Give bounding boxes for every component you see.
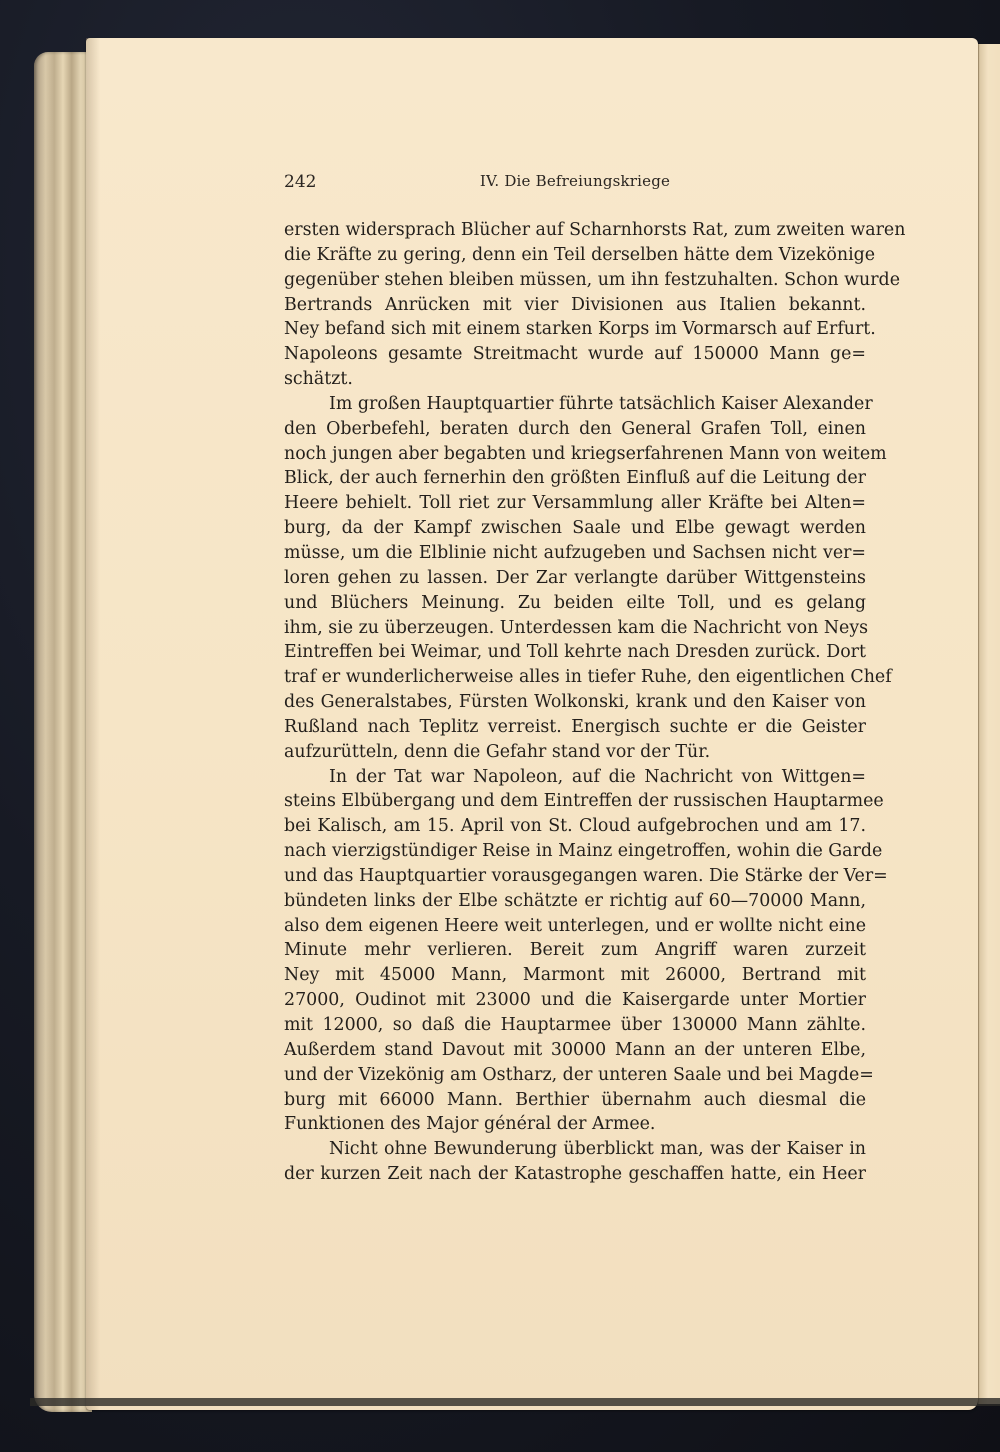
text-line: Rußland nach Teplitz verreist. Energisch… xyxy=(284,715,866,740)
text-line: nach vierzigstündiger Reise in Mainz ein… xyxy=(284,839,866,864)
text-line: Im großen Hauptquartier führte tatsächli… xyxy=(284,392,866,417)
paragraph: ersten widersprach Blücher auf Scharnhor… xyxy=(284,218,866,392)
text-line: mit 12000, so daß die Hauptarmee über 13… xyxy=(284,1013,866,1038)
paragraph: Nicht ohne Bewunderung überblickt man, w… xyxy=(284,1137,866,1187)
text-line: bündeten links der Elbe schätzte er rich… xyxy=(284,889,866,914)
facing-page-edge xyxy=(978,44,1000,1404)
text-line: burg mit 66000 Mann. Berthier übernahm a… xyxy=(284,1088,866,1113)
page-edges-stack xyxy=(34,52,92,1412)
text-line: Nicht ohne Bewunderung überblickt man, w… xyxy=(284,1137,866,1162)
text-line: und Blüchers Meinung. Zu beiden eilte To… xyxy=(284,591,866,616)
text-line: Blick, der auch fernerhin den größten Ei… xyxy=(284,466,866,491)
page-header: 242 IV. Die Befreiungskriege xyxy=(284,170,866,200)
text-line: 27000, Oudinot mit 23000 und die Kaiserg… xyxy=(284,988,866,1013)
text-line: ersten widersprach Blücher auf Scharnhor… xyxy=(284,218,866,243)
text-line: aufzurütteln, denn die Gefahr stand vor … xyxy=(284,740,866,765)
paragraph: Im großen Hauptquartier führte tatsächli… xyxy=(284,392,866,765)
text-line: noch jungen aber begabten und kriegserfa… xyxy=(284,442,866,467)
text-line: also dem eigenen Heere weit unterlegen, … xyxy=(284,914,866,939)
text-line: burg, da der Kampf zwischen Saale und El… xyxy=(284,516,866,541)
text-line: Ney mit 45000 Mann, Marmont mit 26000, B… xyxy=(284,963,866,988)
text-line: schätzt. xyxy=(284,367,866,392)
running-head: IV. Die Befreiungskriege xyxy=(284,172,866,190)
binding-shadow xyxy=(30,1398,1000,1406)
text-line: traf er wunderlicherweise alles in tiefe… xyxy=(284,665,866,690)
text-line: und das Hauptquartier vorausgegangen war… xyxy=(284,864,866,889)
text-line: Eintreffen bei Weimar, und Toll kehrte n… xyxy=(284,640,866,665)
text-line: Funktionen des Major général der Armee. xyxy=(284,1112,866,1137)
text-line: gegenüber stehen bleiben müssen, um ihn … xyxy=(284,268,866,293)
paragraph: In der Tat war Napoleon, auf die Nachric… xyxy=(284,765,866,1138)
text-line: Ney befand sich mit einem starken Korps … xyxy=(284,317,866,342)
text-line: Außerdem stand Davout mit 30000 Mann an … xyxy=(284,1038,866,1063)
text-line: loren gehen zu lassen. Der Zar verlangte… xyxy=(284,566,866,591)
text-line: des Generalstabes, Fürsten Wolkonski, kr… xyxy=(284,690,866,715)
text-line: Napoleons gesamte Streitmacht wurde auf … xyxy=(284,342,866,367)
text-line: Bertrands Anrücken mit vier Divisionen a… xyxy=(284,293,866,318)
text-line: der kurzen Zeit nach der Katastrophe ges… xyxy=(284,1162,866,1187)
text-line: ihm, sie zu überzeugen. Unterdessen kam … xyxy=(284,616,866,641)
body-text: ersten widersprach Blücher auf Scharnhor… xyxy=(284,218,866,1187)
text-line: und der Vizekönig am Ostharz, der untere… xyxy=(284,1063,866,1088)
text-line: Minute mehr verlieren. Bereit zum Angrif… xyxy=(284,938,866,963)
text-line: In der Tat war Napoleon, auf die Nachric… xyxy=(284,765,866,790)
text-line: Heere behielt. Toll riet zur Versammlung… xyxy=(284,491,866,516)
text-line: die Kräfte zu gering, denn ein Teil ders… xyxy=(284,243,866,268)
text-line: steins Elbübergang und dem Eintreffen de… xyxy=(284,789,866,814)
text-line: bei Kalisch, am 15. April von St. Cloud … xyxy=(284,814,866,839)
text-line: müsse, um die Elblinie nicht aufzugeben … xyxy=(284,541,866,566)
text-line: den Oberbefehl, beraten durch den Genera… xyxy=(284,417,866,442)
